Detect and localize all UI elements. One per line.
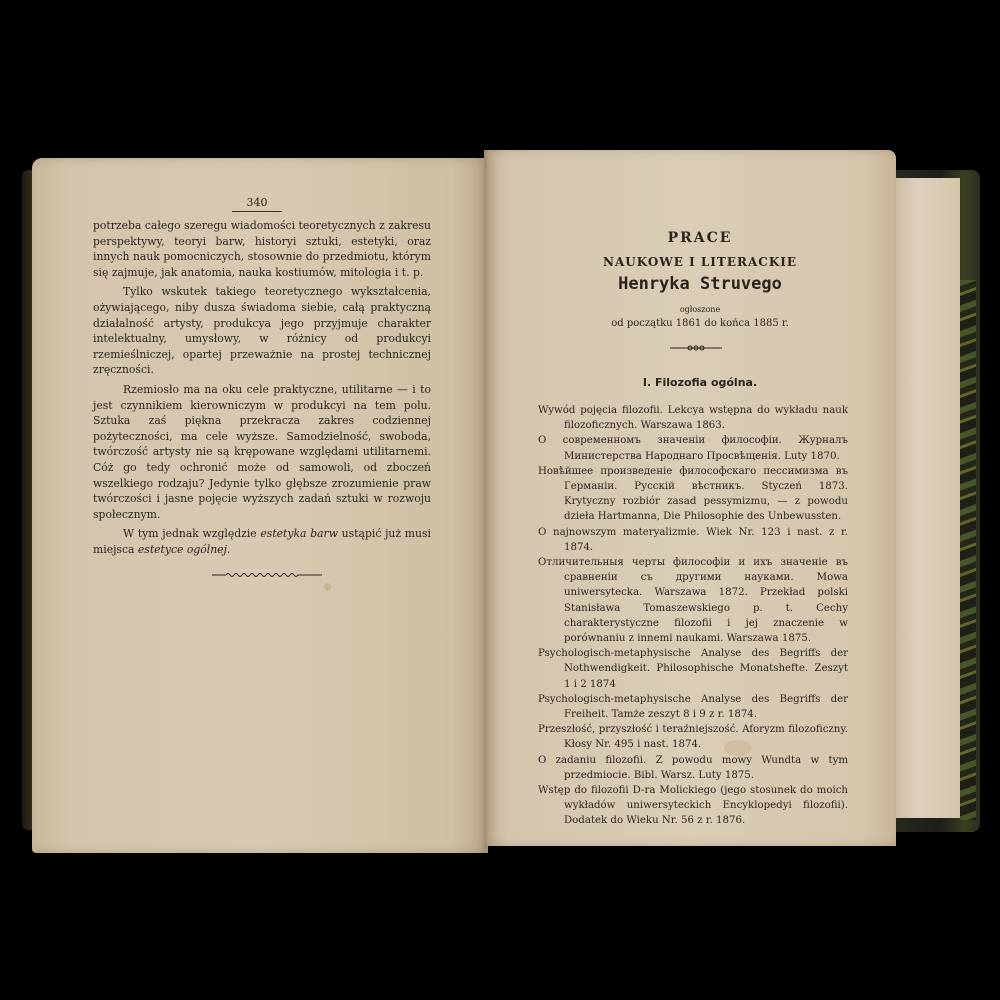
- heading-prace: PRACE: [520, 230, 880, 246]
- bibliography-entry: Psychologisch-metaphysische Analyse des …: [538, 646, 848, 692]
- bibliography-entry: O zadaniu filozofii. Z powodu mowy Wundt…: [538, 753, 848, 783]
- wavy-rule-ornament: [212, 571, 322, 579]
- paragraph-2: Tylko wskutek takiego teoretycznego wyks…: [93, 284, 431, 378]
- vine-rule-ornament: [670, 344, 722, 352]
- paragraph-1: potrzeba całego szeregu wiadomości teore…: [93, 218, 431, 280]
- book-gutter: [484, 150, 487, 850]
- bibliography-entry: Wywód pojęcia filozofii. Lekcya wstępna …: [538, 403, 848, 433]
- page-number: 340: [232, 196, 282, 212]
- bibliography-entry: O najnowszym materyalizmie. Wiek Nr. 123…: [538, 525, 848, 555]
- text-run: W tym jednak względzie: [123, 527, 260, 540]
- bibliography-entry: О современномъ значенiи философiи. Журна…: [538, 433, 848, 463]
- bibliography-entry: Psychologisch-metaphysische Analyse des …: [538, 692, 848, 722]
- bibliography-entry: Wstęp do filozofii D-ra Molickiego (jego…: [538, 783, 848, 829]
- heading-author: Henryka Struvego: [520, 274, 880, 294]
- bibliography-list: Wywód pojęcia filozofii. Lekcya wstępna …: [538, 403, 848, 829]
- paragraph-3: Rzemiosło ma na oku cele praktyczne, uti…: [93, 382, 431, 522]
- bibliography-entry: Отличительныя черты философiи и ихъ знач…: [538, 555, 848, 646]
- paper-stain: [324, 583, 331, 591]
- page-stack-edge: [888, 178, 960, 818]
- heading-subtitle: NAUKOWE I LITERACKIE: [520, 255, 880, 269]
- left-page-body: potrzeba całego szeregu wiadomości teore…: [93, 218, 431, 557]
- marbled-cover-edge: [960, 280, 976, 820]
- paragraph-4: W tym jednak względzie estetyka barw ust…: [93, 526, 431, 557]
- heading-date-range: od początku 1861 do końca 1885 r.: [520, 318, 880, 329]
- open-book: 340 potrzeba całego szeregu wiadomości t…: [0, 0, 1000, 1000]
- bibliography-entry: Новѣйшее произведенiе философскаго песси…: [538, 464, 848, 525]
- bibliography-entry: Przeszłość, przyszłość i teraźniejszość.…: [538, 722, 848, 752]
- italic-term: estetyce ogólnej: [138, 543, 227, 556]
- section-title: I. Filozofia ogólna.: [520, 376, 880, 389]
- heading-published: ogłoszone: [520, 305, 880, 314]
- text-run: .: [227, 543, 230, 556]
- italic-term: estetyka barw: [260, 527, 338, 540]
